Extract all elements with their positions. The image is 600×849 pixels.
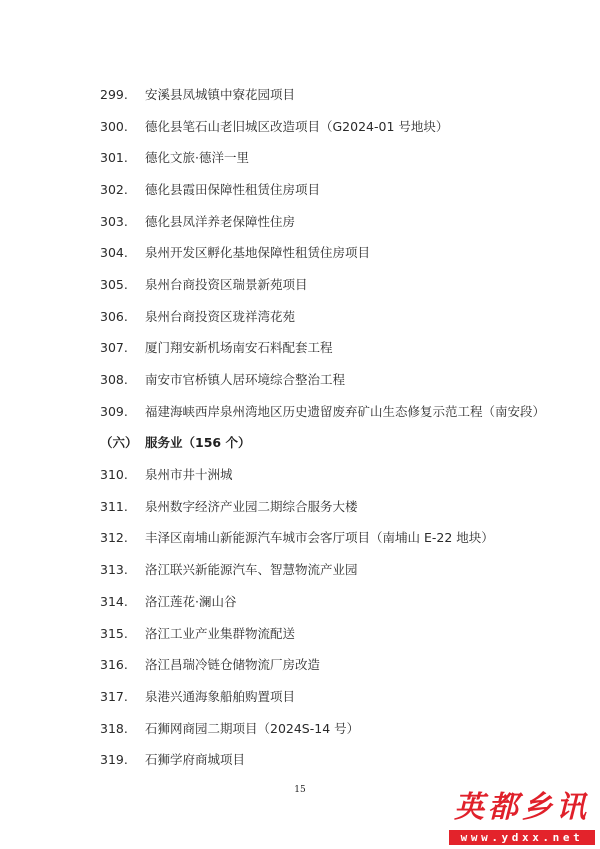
list-item: 309.福建海峡西岸泉州湾地区历史遗留废弃矿山生态修复示范工程（南安段） xyxy=(100,396,560,428)
item-text: 德化县笔石山老旧城区改造项目（G2024-01 号地块） xyxy=(145,118,448,136)
item-text: 德化县霞田保障性租赁住房项目 xyxy=(145,181,320,199)
item-number: 318. xyxy=(100,720,145,738)
list-item: 304.泉州开发区孵化基地保障性租赁住房项目 xyxy=(100,237,560,269)
item-text: 洛江莲花·澜山谷 xyxy=(145,593,236,611)
item-number: 299. xyxy=(100,86,145,104)
list-item: 305.泉州台商投资区瑞景新苑项目 xyxy=(100,269,560,301)
item-text: 厦门翔安新机场南安石料配套工程 xyxy=(145,339,333,357)
item-number: 309. xyxy=(100,403,145,421)
item-text: 丰泽区南埔山新能源汽车城市会客厅项目（南埔山 E-22 地块） xyxy=(145,529,494,547)
item-text: 石狮学府商城项目 xyxy=(145,751,245,769)
list-item: 313.洛江联兴新能源汽车、智慧物流产业园 xyxy=(100,554,560,586)
list-item: 300.德化县笔石山老旧城区改造项目（G2024-01 号地块） xyxy=(100,111,560,143)
item-number: 310. xyxy=(100,466,145,484)
watermark-logo: 英都乡讯 www.ydxx.net xyxy=(447,790,597,846)
item-number: 307. xyxy=(100,339,145,357)
item-number: 308. xyxy=(100,371,145,389)
item-text: 泉州市井十洲城 xyxy=(145,466,233,484)
item-number: 311. xyxy=(100,498,145,516)
item-number: 300. xyxy=(100,118,145,136)
item-number: 303. xyxy=(100,213,145,231)
item-number: 313. xyxy=(100,561,145,579)
list-item: 312.丰泽区南埔山新能源汽车城市会客厅项目（南埔山 E-22 地块） xyxy=(100,523,560,555)
item-text: 德化县凤洋养老保障性住房 xyxy=(145,213,295,231)
item-text: 南安市官桥镇人居环境综合整治工程 xyxy=(145,371,345,389)
list-item: 308.南安市官桥镇人居环境综合整治工程 xyxy=(100,364,560,396)
item-text: 洛江联兴新能源汽车、智慧物流产业园 xyxy=(145,561,358,579)
item-number: 315. xyxy=(100,625,145,643)
item-text: 洛江昌瑞冷链仓储物流厂房改造 xyxy=(145,656,320,674)
document-page: 299.安溪县凤城镇中寮花园项目 300.德化县笔石山老旧城区改造项目（G202… xyxy=(0,0,600,849)
list-item: 310.泉州市井十洲城 xyxy=(100,459,560,491)
item-number: 304. xyxy=(100,244,145,262)
list-item: 317.泉港兴通海象船舶购置项目 xyxy=(100,681,560,713)
item-text: 福建海峡西岸泉州湾地区历史遗留废弃矿山生态修复示范工程（南安段） xyxy=(145,403,545,421)
list-item: 307.厦门翔安新机场南安石料配套工程 xyxy=(100,333,560,365)
item-number: 319. xyxy=(100,751,145,769)
item-text: 泉州开发区孵化基地保障性租赁住房项目 xyxy=(145,244,370,262)
item-text: 泉州数字经济产业园二期综合服务大楼 xyxy=(145,498,358,516)
project-list: 299.安溪县凤城镇中寮花园项目 300.德化县笔石山老旧城区改造项目（G202… xyxy=(100,79,560,776)
list-item: 319.石狮学府商城项目 xyxy=(100,744,560,776)
item-number: 317. xyxy=(100,688,145,706)
item-text: 泉州台商投资区珑祥湾花苑 xyxy=(145,308,295,326)
watermark-title: 英都乡讯 xyxy=(447,790,597,826)
list-item: 315.洛江工业产业集群物流配送 xyxy=(100,618,560,650)
item-number: 316. xyxy=(100,656,145,674)
item-text: 泉州台商投资区瑞景新苑项目 xyxy=(145,276,308,294)
list-item: 303.德化县凤洋养老保障性住房 xyxy=(100,206,560,238)
item-number: 302. xyxy=(100,181,145,199)
list-item: 318.石狮网商园二期项目（2024S-14 号） xyxy=(100,713,560,745)
item-text: 德化文旅·德洋一里 xyxy=(145,149,249,167)
item-number: 305. xyxy=(100,276,145,294)
item-text: 安溪县凤城镇中寮花园项目 xyxy=(145,86,295,104)
item-number: 301. xyxy=(100,149,145,167)
watermark-url: www.ydxx.net xyxy=(449,830,595,845)
list-item: 306.泉州台商投资区珑祥湾花苑 xyxy=(100,301,560,333)
item-number: 312. xyxy=(100,529,145,547)
list-item: 311.泉州数字经济产业园二期综合服务大楼 xyxy=(100,491,560,523)
item-text: 石狮网商园二期项目（2024S-14 号） xyxy=(145,720,359,738)
list-item: 299.安溪县凤城镇中寮花园项目 xyxy=(100,79,560,111)
list-item: 301.德化文旅·德洋一里 xyxy=(100,142,560,174)
item-number: 314. xyxy=(100,593,145,611)
item-number: 306. xyxy=(100,308,145,326)
list-item: 314.洛江莲花·澜山谷 xyxy=(100,586,560,618)
item-text: 洛江工业产业集群物流配送 xyxy=(145,625,295,643)
item-text: 泉港兴通海象船舶购置项目 xyxy=(145,688,295,706)
list-item: 316.洛江昌瑞冷链仓储物流厂房改造 xyxy=(100,649,560,681)
list-item: 302.德化县霞田保障性租赁住房项目 xyxy=(100,174,560,206)
section-number: （六） xyxy=(100,434,145,452)
section-title: 服务业（156 个） xyxy=(145,434,250,452)
section-heading: （六）服务业（156 个） xyxy=(100,428,560,460)
